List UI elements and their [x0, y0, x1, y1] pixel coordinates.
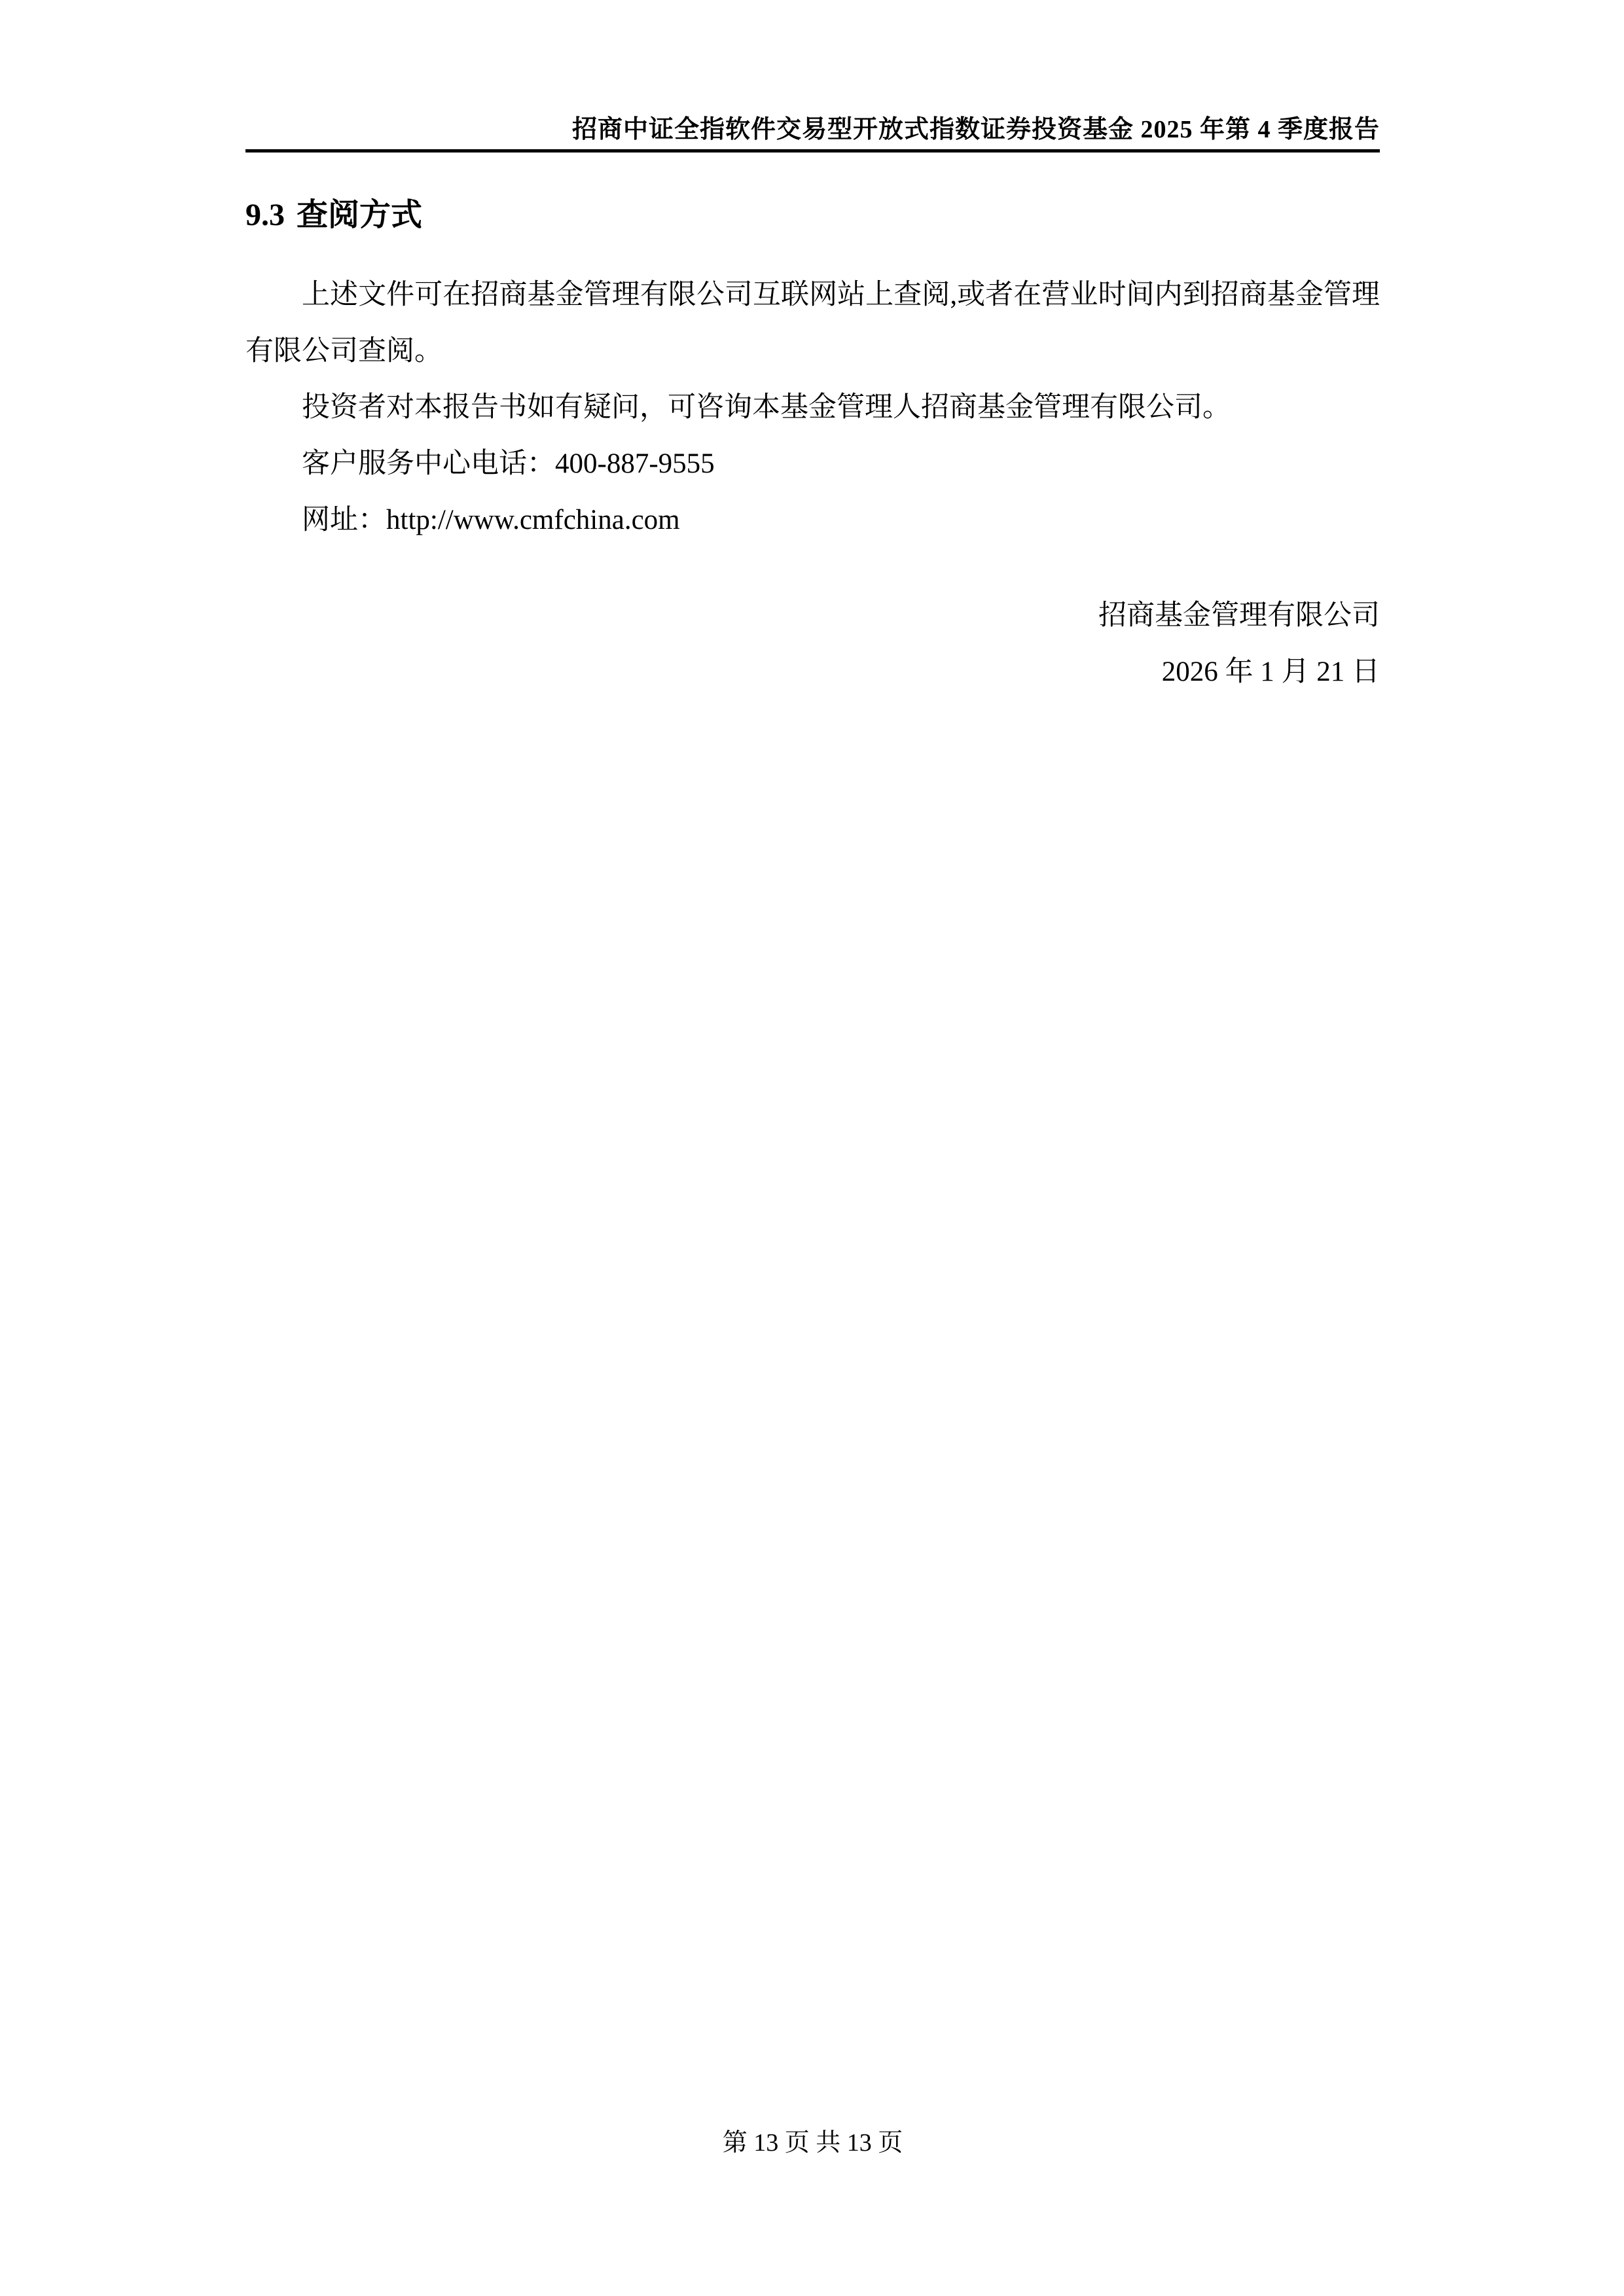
signature-company: 招商基金管理有限公司: [245, 588, 1380, 644]
section-number: 9.3: [245, 198, 285, 232]
signature-block: 招商基金管理有限公司 2026 年 1 月 21 日: [245, 588, 1380, 700]
section-title: 查阅方式: [297, 198, 422, 232]
paragraph-inquiry: 投资者对本报告书如有疑问，可咨询本基金管理人招商基金管理有限公司。: [245, 380, 1380, 436]
header-title: 招商中证全指软件交易型开放式指数证券投资基金 2025 年第 4 季度报告: [572, 116, 1380, 143]
paragraph-service-phone: 客户服务中心电话：400-887-9555: [245, 436, 1380, 492]
body-text: 上述文件可在招商基金管理有限公司互联网站上查阅,或者在营业时间内到招商基金管理有…: [245, 267, 1380, 548]
page-number-indicator: 第 13 页 共 13 页: [723, 2129, 903, 2157]
signature-date: 2026 年 1 月 21 日: [245, 644, 1380, 700]
header-rule: [245, 149, 1380, 152]
document-page: 招商中证全指软件交易型开放式指数证券投资基金 2025 年第 4 季度报告 9.…: [0, 0, 1624, 2296]
page-footer: 第 13 页 共 13 页: [245, 2128, 1380, 2157]
paragraph-website: 网址：http://www.cmfchina.com: [245, 492, 1380, 548]
section-heading: 9.3查阅方式: [245, 196, 422, 234]
page-header: 招商中证全指软件交易型开放式指数证券投资基金 2025 年第 4 季度报告: [245, 115, 1380, 144]
paragraph-access-method: 上述文件可在招商基金管理有限公司互联网站上查阅,或者在营业时间内到招商基金管理有…: [245, 267, 1380, 380]
